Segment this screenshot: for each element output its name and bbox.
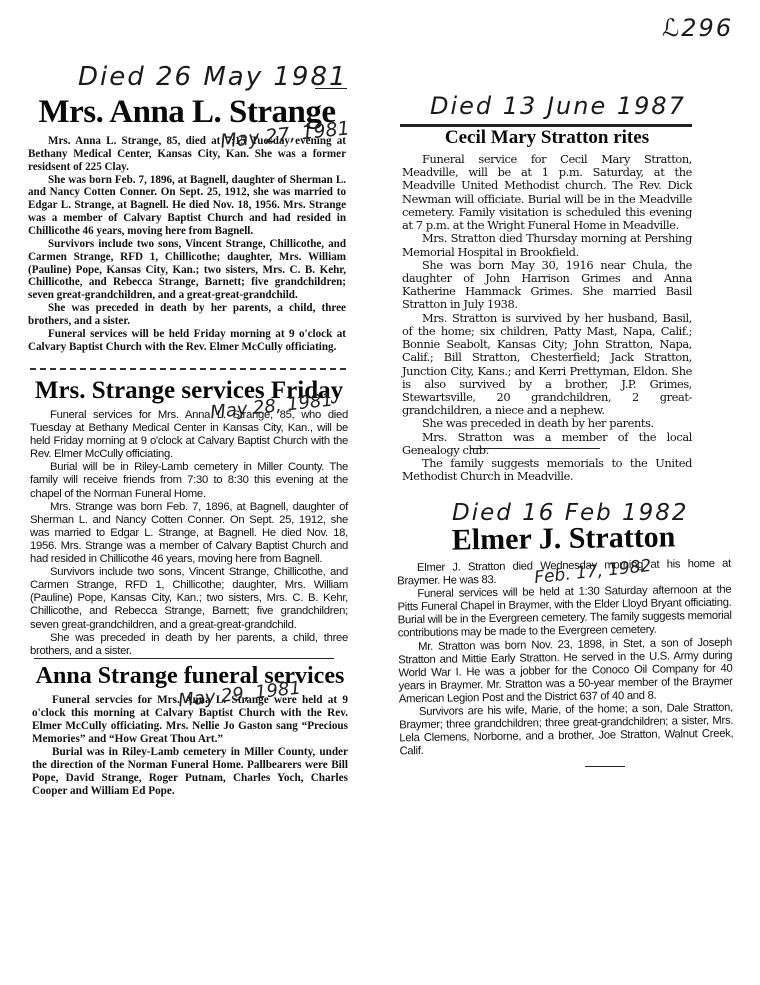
- headline: Cecil Mary Stratton rites: [402, 128, 692, 147]
- headline: Anna Strange funeral services: [32, 664, 348, 688]
- paragraph: Burial was in Riley-Lamb cemetery in Mil…: [32, 746, 348, 798]
- paragraph: She was born Feb. 7, 1896, at Bagnell, d…: [28, 174, 346, 238]
- paragraph: Mrs. Stratton died Thursday morning at P…: [402, 232, 692, 258]
- paragraph: Funeral service for Cecil Mary Stratton,…: [402, 153, 692, 232]
- paragraph: Mr. Stratton was born Nov. 23, 1898, in …: [398, 636, 733, 706]
- headline: Elmer J. Stratton: [396, 522, 730, 557]
- page-reference-note: ℒ296: [662, 14, 733, 42]
- obituary-clipping-anna-strange-funeral: Anna Strange funeral services Funeral se…: [32, 664, 348, 798]
- obituary-clipping-strange-services-friday: Mrs. Strange services Friday Funeral ser…: [30, 378, 348, 658]
- divider: [470, 448, 600, 449]
- obituary-clipping-cecil-mary-stratton: Cecil Mary Stratton rites Funeral servic…: [402, 128, 692, 483]
- paragraph: Survivors include two sons, Vincent Stra…: [28, 238, 346, 302]
- paragraph: Mrs. Strange was born Feb. 7, 1896, at B…: [30, 501, 348, 566]
- paragraph: She was preceded in death by her parents…: [30, 632, 348, 658]
- paragraph: Survivors include two sons, Vincent Stra…: [30, 566, 348, 631]
- article-body: Funeral service for Cecil Mary Stratton,…: [402, 153, 692, 483]
- paragraph: Funeral services will be held at 1:30 Sa…: [397, 584, 732, 641]
- paragraph: Funeral services will be held Friday mor…: [28, 328, 346, 354]
- paragraph: Survivors are his wife, Marie, of the ho…: [399, 702, 734, 759]
- divider: [30, 368, 346, 370]
- handwritten-death-date: Died 26 May 1981: [78, 62, 348, 92]
- divider: [34, 658, 334, 659]
- paragraph: She was preceded in death by her parents…: [28, 302, 346, 328]
- paragraph: Funeral services for Mrs. Anna L. Strang…: [30, 409, 348, 461]
- handwritten-death-date: Died 13 June 1987: [430, 92, 686, 120]
- article-body: Elmer J. Stratton died Wednesday morning…: [397, 558, 734, 759]
- article-body: Funeral services for Mrs. Anna L. Strang…: [30, 409, 348, 658]
- obituary-clipping-elmer-stratton: Elmer J. Stratton Elmer J. Stratton died…: [396, 522, 733, 759]
- paragraph: The family suggests memorials to the Uni…: [402, 457, 692, 483]
- paragraph: Burial will be in Riley-Lamb cemetery in…: [30, 461, 348, 500]
- paragraph: Mrs. Stratton is survived by her husband…: [402, 312, 692, 418]
- divider: [585, 766, 625, 767]
- divider: [315, 88, 347, 89]
- article-body: Mrs. Anna L. Strange, 85, died at 7:15 T…: [28, 135, 346, 354]
- paragraph: She was born May 30, 1916 near Chula, th…: [402, 259, 692, 312]
- paragraph: Mrs. Stratton was a member of the local …: [402, 431, 692, 457]
- paragraph: She was preceded in death by her parents…: [402, 417, 692, 430]
